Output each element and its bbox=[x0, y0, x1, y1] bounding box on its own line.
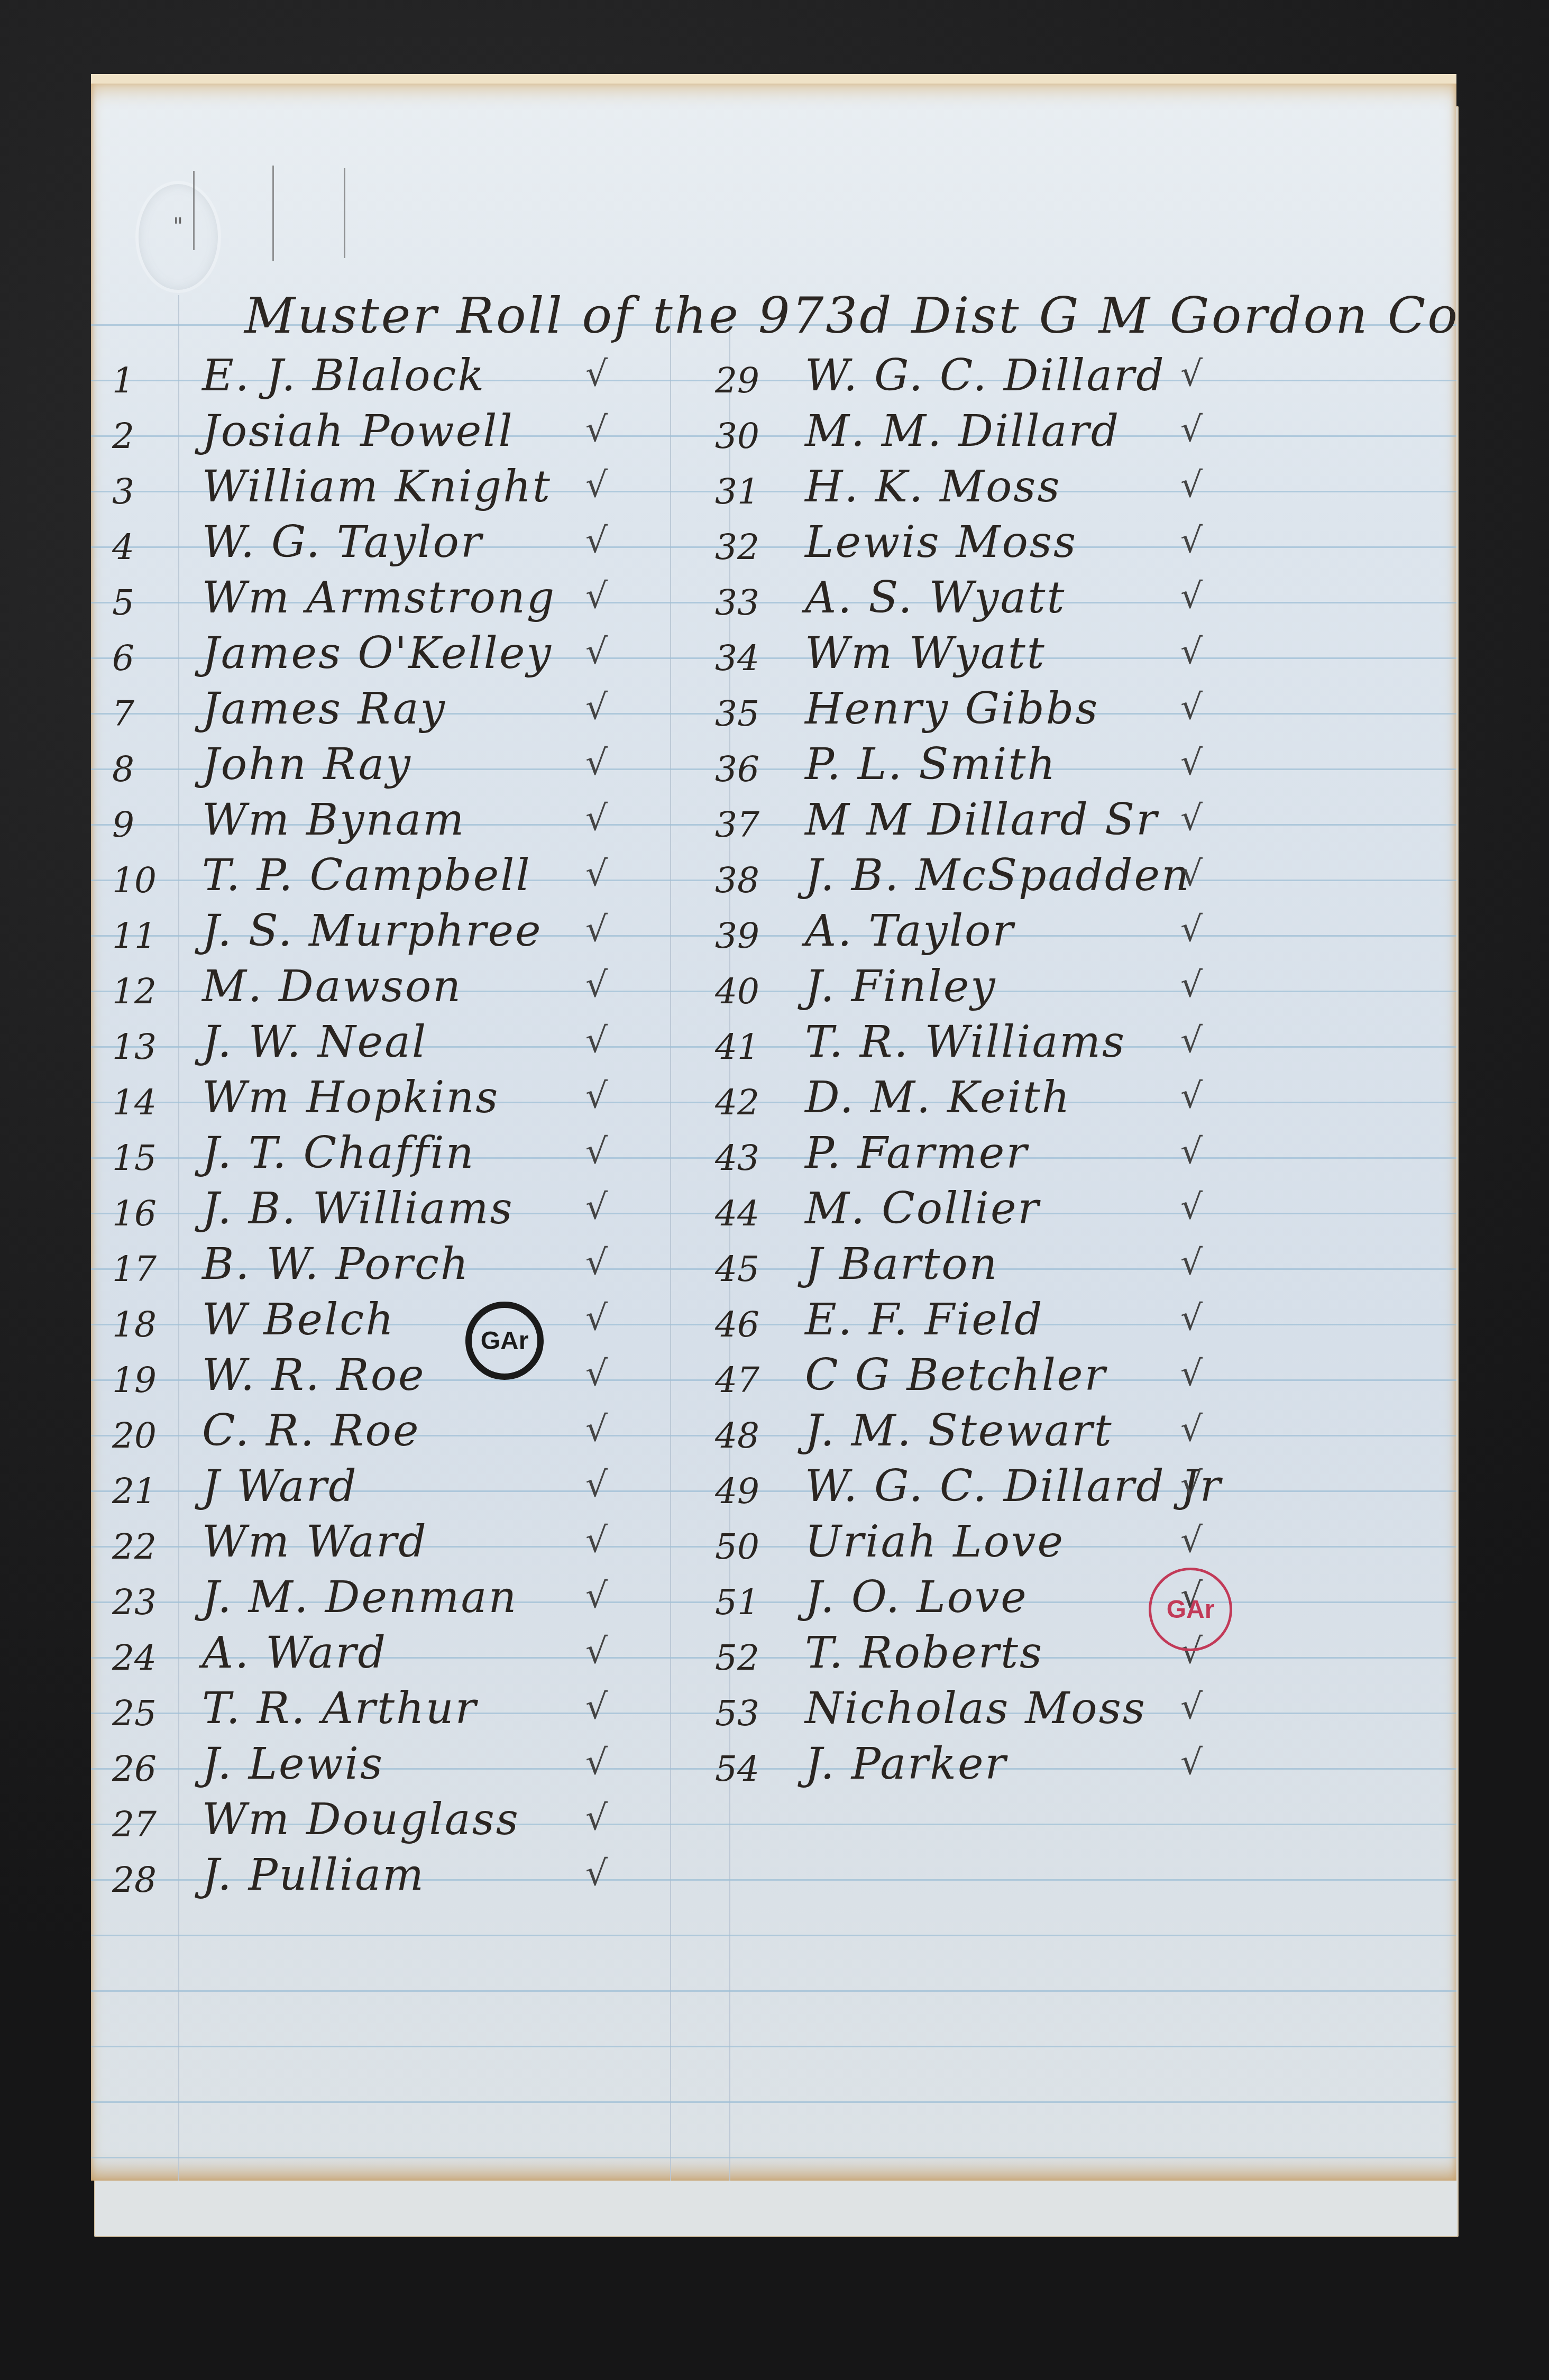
entry-name: T. P. Campbell bbox=[202, 850, 531, 901]
entry-name: T. R. Arthur bbox=[202, 1683, 478, 1734]
roll-entry: 4W. G. Taylor bbox=[112, 515, 483, 567]
entry-number: 47 bbox=[715, 1360, 805, 1400]
entry-number: 32 bbox=[715, 527, 805, 567]
entry-number: 33 bbox=[715, 582, 805, 623]
entry-number: 51 bbox=[715, 1582, 805, 1623]
entry-number: 6 bbox=[112, 638, 202, 679]
checkmark-icon: √ bbox=[1180, 742, 1203, 783]
entry-number: 21 bbox=[112, 1471, 202, 1512]
roll-entry: 30M. M. Dillard bbox=[715, 404, 1120, 456]
checkmark-icon: √ bbox=[585, 1131, 608, 1171]
checkmark-icon: √ bbox=[585, 520, 608, 561]
checkmark-icon: √ bbox=[585, 1464, 608, 1505]
checkmark-icon: √ bbox=[1180, 1075, 1203, 1116]
entry-number: 52 bbox=[715, 1637, 805, 1678]
entry-name: Henry Gibbs bbox=[805, 684, 1099, 734]
roll-entry: 2Josiah Powell bbox=[112, 404, 514, 456]
roll-entry: 6James O'Kelley bbox=[112, 626, 553, 679]
roll-entry: 23J. M. Denman bbox=[112, 1570, 518, 1623]
roll-entry: 8John Ray bbox=[112, 737, 412, 790]
entry-name: W. G. C. Dillard bbox=[805, 351, 1166, 401]
entry-name: M. Collier bbox=[805, 1184, 1040, 1234]
checkmark-icon: √ bbox=[585, 409, 608, 450]
entry-number: 1 bbox=[112, 360, 202, 401]
entry-number: 45 bbox=[715, 1249, 805, 1289]
roll-entry: 24A. Ward bbox=[112, 1625, 387, 1678]
checkmark-icon: √ bbox=[585, 798, 608, 838]
entry-number: 18 bbox=[112, 1304, 202, 1345]
entry-name: Wm Wyatt bbox=[805, 628, 1046, 679]
roll-entry: 15J. T. Chaffin bbox=[112, 1125, 475, 1178]
entry-number: 8 bbox=[112, 749, 202, 790]
checkmark-icon: √ bbox=[585, 1742, 608, 1782]
roll-entry: 31H. K. Moss bbox=[715, 459, 1061, 512]
roll-entry: 46E. F. Field bbox=[715, 1292, 1044, 1345]
entry-number: 30 bbox=[715, 416, 805, 456]
entry-name: E. F. Field bbox=[805, 1295, 1044, 1345]
entry-number: 15 bbox=[112, 1138, 202, 1178]
entry-name: P. Farmer bbox=[805, 1128, 1029, 1178]
roll-entry: 47C G Betchler bbox=[715, 1348, 1107, 1400]
checkmark-icon: √ bbox=[1180, 853, 1203, 894]
entry-number: 25 bbox=[112, 1693, 202, 1734]
roll-entry: 19W. R. Roe bbox=[112, 1348, 426, 1400]
checkmark-icon: √ bbox=[1180, 1242, 1203, 1283]
checkmark-icon: √ bbox=[585, 631, 608, 672]
roll-entry: 34Wm Wyatt bbox=[715, 626, 1046, 679]
checkmark-icon: √ bbox=[585, 1353, 608, 1394]
entry-number: 42 bbox=[715, 1082, 805, 1123]
entry-number: 26 bbox=[112, 1749, 202, 1789]
checkmark-icon: √ bbox=[1180, 631, 1203, 672]
entry-name: C. R. Roe bbox=[202, 1406, 420, 1456]
entry-number: 3 bbox=[112, 471, 202, 512]
checkmark-icon: √ bbox=[585, 686, 608, 727]
entry-number: 35 bbox=[715, 693, 805, 734]
entry-number: 53 bbox=[715, 1693, 805, 1734]
entry-name: James O'Kelley bbox=[202, 628, 553, 679]
checkmark-icon: √ bbox=[1180, 1297, 1203, 1338]
roll-entry: 17B. W. Porch bbox=[112, 1237, 470, 1289]
checkmark-icon: √ bbox=[585, 1075, 608, 1116]
entry-number: 12 bbox=[112, 971, 202, 1012]
checkmark-icon: √ bbox=[1180, 798, 1203, 838]
entry-number: 14 bbox=[112, 1082, 202, 1123]
roll-entry: 21J Ward bbox=[112, 1459, 358, 1512]
entry-number: 7 bbox=[112, 693, 202, 734]
entry-number: 5 bbox=[112, 582, 202, 623]
entry-name: E. J. Blalock bbox=[202, 351, 485, 401]
entry-number: 41 bbox=[715, 1027, 805, 1067]
checkmark-icon: √ bbox=[1180, 1742, 1203, 1782]
stamp-text: GAr bbox=[481, 1326, 529, 1356]
roll-entry: 9Wm Bynam bbox=[112, 792, 465, 845]
entry-name: M M Dillard Sr bbox=[805, 795, 1159, 845]
roll-entry: 5Wm Armstrong bbox=[112, 570, 556, 623]
entry-name: J. O. Love bbox=[805, 1572, 1028, 1623]
roll-entry: 13J. W. Neal bbox=[112, 1014, 427, 1067]
roll-entry: 50Uriah Love bbox=[715, 1514, 1065, 1567]
checkmark-icon: √ bbox=[585, 353, 608, 394]
entry-name: Wm Bynam bbox=[202, 795, 465, 845]
entry-name: W. G. Taylor bbox=[202, 517, 483, 567]
entry-number: 34 bbox=[715, 638, 805, 679]
entry-name: J. S. Murphree bbox=[202, 906, 543, 956]
entry-name: J. Finley bbox=[805, 962, 997, 1012]
entry-name: J. Pulliam bbox=[202, 1850, 425, 1900]
checkmark-icon: √ bbox=[1180, 575, 1203, 616]
entry-name: W. G. C. Dillard Jr bbox=[805, 1461, 1222, 1512]
entry-name: W Belch bbox=[202, 1295, 395, 1345]
roll-entry: 45J Barton bbox=[715, 1237, 998, 1289]
entry-number: 44 bbox=[715, 1193, 805, 1234]
entry-name: T. R. Williams bbox=[805, 1017, 1126, 1067]
entry-number: 4 bbox=[112, 527, 202, 567]
roll-entry: 25T. R. Arthur bbox=[112, 1681, 478, 1734]
roll-entry: 38J. B. McSpadden bbox=[715, 848, 1191, 901]
checkmark-icon: √ bbox=[1180, 520, 1203, 561]
entry-number: 23 bbox=[112, 1582, 202, 1623]
checkmark-icon: √ bbox=[585, 853, 608, 894]
margin-mark: " bbox=[173, 213, 183, 239]
entry-number: 37 bbox=[715, 804, 805, 845]
entry-name: James Ray bbox=[202, 684, 446, 734]
ruled-line bbox=[91, 2157, 1456, 2158]
checkmark-icon: √ bbox=[585, 1686, 608, 1727]
entry-number: 11 bbox=[112, 916, 202, 956]
roll-entry: 36P. L. Smith bbox=[715, 737, 1057, 790]
roll-entry: 40J. Finley bbox=[715, 959, 997, 1012]
roll-entry: 28J. Pulliam bbox=[112, 1847, 425, 1900]
entry-name: Wm Armstrong bbox=[202, 573, 556, 623]
checkmark-icon: √ bbox=[585, 1853, 608, 1893]
ruled-line bbox=[91, 1990, 1456, 1992]
entry-name: B. W. Porch bbox=[202, 1239, 470, 1289]
roll-entry: 27Wm Douglass bbox=[112, 1792, 520, 1845]
archive-stamp-black: GAr bbox=[465, 1302, 544, 1380]
page-title: Muster Roll of the 973d Dist G M Gordon … bbox=[244, 287, 1456, 345]
entry-name: A. Ward bbox=[202, 1628, 387, 1678]
entry-number: 39 bbox=[715, 916, 805, 956]
checkmark-icon: √ bbox=[585, 964, 608, 1005]
checkmark-icon: √ bbox=[585, 1297, 608, 1338]
roll-entry: 54J. Parker bbox=[715, 1736, 1007, 1789]
entry-number: 54 bbox=[715, 1749, 805, 1789]
entry-number: 40 bbox=[715, 971, 805, 1012]
roll-entry: 12M. Dawson bbox=[112, 959, 462, 1012]
entry-number: 22 bbox=[112, 1526, 202, 1567]
roll-entry: 20C. R. Roe bbox=[112, 1403, 420, 1456]
roll-entry: 37M M Dillard Sr bbox=[715, 792, 1159, 845]
checkmark-icon: √ bbox=[1180, 1353, 1203, 1394]
entry-name: William Knight bbox=[202, 462, 552, 512]
entry-name: Josiah Powell bbox=[202, 406, 514, 456]
entry-name: Wm Hopkins bbox=[202, 1073, 499, 1123]
checkmark-icon: √ bbox=[1180, 1020, 1203, 1060]
checkmark-icon: √ bbox=[585, 464, 608, 505]
roll-entry: 3William Knight bbox=[112, 459, 552, 512]
entry-number: 38 bbox=[715, 860, 805, 901]
entry-name: D. M. Keith bbox=[805, 1073, 1071, 1123]
checkmark-icon: √ bbox=[585, 1186, 608, 1227]
roll-entry: 48J. M. Stewart bbox=[715, 1403, 1113, 1456]
checkmark-icon: √ bbox=[1180, 909, 1203, 949]
roll-entry: 53Nicholas Moss bbox=[715, 1681, 1147, 1734]
entry-name: J. T. Chaffin bbox=[202, 1128, 475, 1178]
roll-entry: 43P. Farmer bbox=[715, 1125, 1029, 1178]
entry-name: J. Parker bbox=[805, 1739, 1007, 1789]
roll-entry: 52T. Roberts bbox=[715, 1625, 1043, 1678]
checkmark-icon: √ bbox=[1180, 353, 1203, 394]
entry-name: P. L. Smith bbox=[805, 739, 1057, 790]
stamp-text: GAr bbox=[1167, 1595, 1215, 1624]
ruled-line bbox=[91, 2101, 1456, 2103]
checkmark-icon: √ bbox=[1180, 1131, 1203, 1171]
checkmark-icon: √ bbox=[1180, 686, 1203, 727]
entry-number: 10 bbox=[112, 860, 202, 901]
checkmark-icon: √ bbox=[585, 1242, 608, 1283]
entry-name: J. W. Neal bbox=[202, 1017, 427, 1067]
roll-entry: 29W. G. C. Dillard bbox=[715, 348, 1166, 401]
roll-entry: 16J. B. Williams bbox=[112, 1181, 514, 1234]
roll-entry: 33A. S. Wyatt bbox=[715, 570, 1066, 623]
checkmark-icon: √ bbox=[585, 909, 608, 949]
entry-name: Wm Ward bbox=[202, 1517, 428, 1567]
entry-name: J. B. Williams bbox=[202, 1184, 514, 1234]
entry-name: J Ward bbox=[202, 1461, 358, 1512]
entry-number: 46 bbox=[715, 1304, 805, 1345]
roll-entry: 42D. M. Keith bbox=[715, 1070, 1071, 1123]
entry-name: J. M. Denman bbox=[202, 1572, 518, 1623]
checkmark-icon: √ bbox=[585, 742, 608, 783]
roll-entry: 11J. S. Murphree bbox=[112, 903, 543, 956]
checkmark-icon: √ bbox=[585, 1797, 608, 1838]
entry-number: 9 bbox=[112, 804, 202, 845]
checkmark-icon: √ bbox=[1180, 1464, 1203, 1505]
entry-name: A. S. Wyatt bbox=[805, 573, 1066, 623]
entry-name: W. R. Roe bbox=[202, 1350, 426, 1400]
ruled-line bbox=[91, 2046, 1456, 2047]
checkmark-icon: √ bbox=[1180, 1686, 1203, 1727]
entry-number: 17 bbox=[112, 1249, 202, 1289]
column-divider-line bbox=[670, 311, 671, 2181]
archive-stamp-red: GAr bbox=[1149, 1568, 1232, 1651]
checkmark-icon: √ bbox=[1180, 1186, 1203, 1227]
entry-name: John Ray bbox=[202, 739, 412, 790]
entry-name: M. Dawson bbox=[202, 962, 462, 1012]
entry-number: 2 bbox=[112, 416, 202, 456]
checkmark-icon: √ bbox=[1180, 964, 1203, 1005]
roll-entry: 41T. R. Williams bbox=[715, 1014, 1126, 1067]
roll-entry: 7James Ray bbox=[112, 681, 446, 734]
checkmark-icon: √ bbox=[1180, 1408, 1203, 1449]
checkmark-icon: √ bbox=[1180, 464, 1203, 505]
entry-number: 27 bbox=[112, 1804, 202, 1845]
entry-name: Lewis Moss bbox=[805, 517, 1077, 567]
entry-name: Wm Douglass bbox=[202, 1795, 520, 1845]
entry-number: 16 bbox=[112, 1193, 202, 1234]
checkmark-icon: √ bbox=[585, 1631, 608, 1671]
column-tick-mark bbox=[344, 168, 345, 258]
entry-name: Nicholas Moss bbox=[805, 1683, 1147, 1734]
checkmark-icon: √ bbox=[1180, 1519, 1203, 1560]
roll-entry: 18W Belch bbox=[112, 1292, 395, 1345]
entry-name: J. B. McSpadden bbox=[805, 850, 1191, 901]
entry-name: T. Roberts bbox=[805, 1628, 1043, 1678]
checkmark-icon: √ bbox=[585, 1408, 608, 1449]
roll-entry: 26J. Lewis bbox=[112, 1736, 384, 1789]
entry-number: 50 bbox=[715, 1526, 805, 1567]
roll-entry: 14Wm Hopkins bbox=[112, 1070, 499, 1123]
column-tick-mark bbox=[193, 171, 195, 250]
roll-entry: 51J. O. Love bbox=[715, 1570, 1028, 1623]
entry-name: J. M. Stewart bbox=[805, 1406, 1113, 1456]
entry-name: C G Betchler bbox=[805, 1350, 1107, 1400]
entry-number: 43 bbox=[715, 1138, 805, 1178]
entry-number: 49 bbox=[715, 1471, 805, 1512]
checkmark-icon: √ bbox=[585, 1020, 608, 1060]
entry-number: 48 bbox=[715, 1415, 805, 1456]
roll-entry: 49W. G. C. Dillard Jr bbox=[715, 1459, 1222, 1512]
entry-name: A. Taylor bbox=[805, 906, 1015, 956]
entry-name: M. M. Dillard bbox=[805, 406, 1120, 456]
entry-number: 29 bbox=[715, 360, 805, 401]
roll-entry: 32Lewis Moss bbox=[715, 515, 1077, 567]
ruled-line bbox=[91, 1935, 1456, 1936]
entry-number: 36 bbox=[715, 749, 805, 790]
roll-entry: 22Wm Ward bbox=[112, 1514, 428, 1567]
entry-name: J. Lewis bbox=[202, 1739, 384, 1789]
entry-name: J Barton bbox=[805, 1239, 998, 1289]
column-tick-mark bbox=[272, 166, 274, 261]
roll-entry: 35Henry Gibbs bbox=[715, 681, 1099, 734]
entry-number: 31 bbox=[715, 471, 805, 512]
checkmark-icon: √ bbox=[585, 1575, 608, 1616]
checkmark-icon: √ bbox=[585, 1519, 608, 1560]
roll-entry: 39A. Taylor bbox=[715, 903, 1015, 956]
roll-entry: 10T. P. Campbell bbox=[112, 848, 531, 901]
entry-number: 24 bbox=[112, 1637, 202, 1678]
entry-name: H. K. Moss bbox=[805, 462, 1061, 512]
entry-name: Uriah Love bbox=[805, 1517, 1065, 1567]
checkmark-icon: √ bbox=[585, 575, 608, 616]
entry-number: 19 bbox=[112, 1360, 202, 1400]
roll-entry: 1E. J. Blalock bbox=[112, 348, 485, 401]
muster-roll-page: " Muster Roll of the 973d Dist G M Gordo… bbox=[91, 74, 1456, 2181]
entry-number: 28 bbox=[112, 1860, 202, 1900]
entry-number: 20 bbox=[112, 1415, 202, 1456]
roll-entry: 44M. Collier bbox=[715, 1181, 1040, 1234]
entry-number: 13 bbox=[112, 1027, 202, 1067]
checkmark-icon: √ bbox=[1180, 409, 1203, 450]
